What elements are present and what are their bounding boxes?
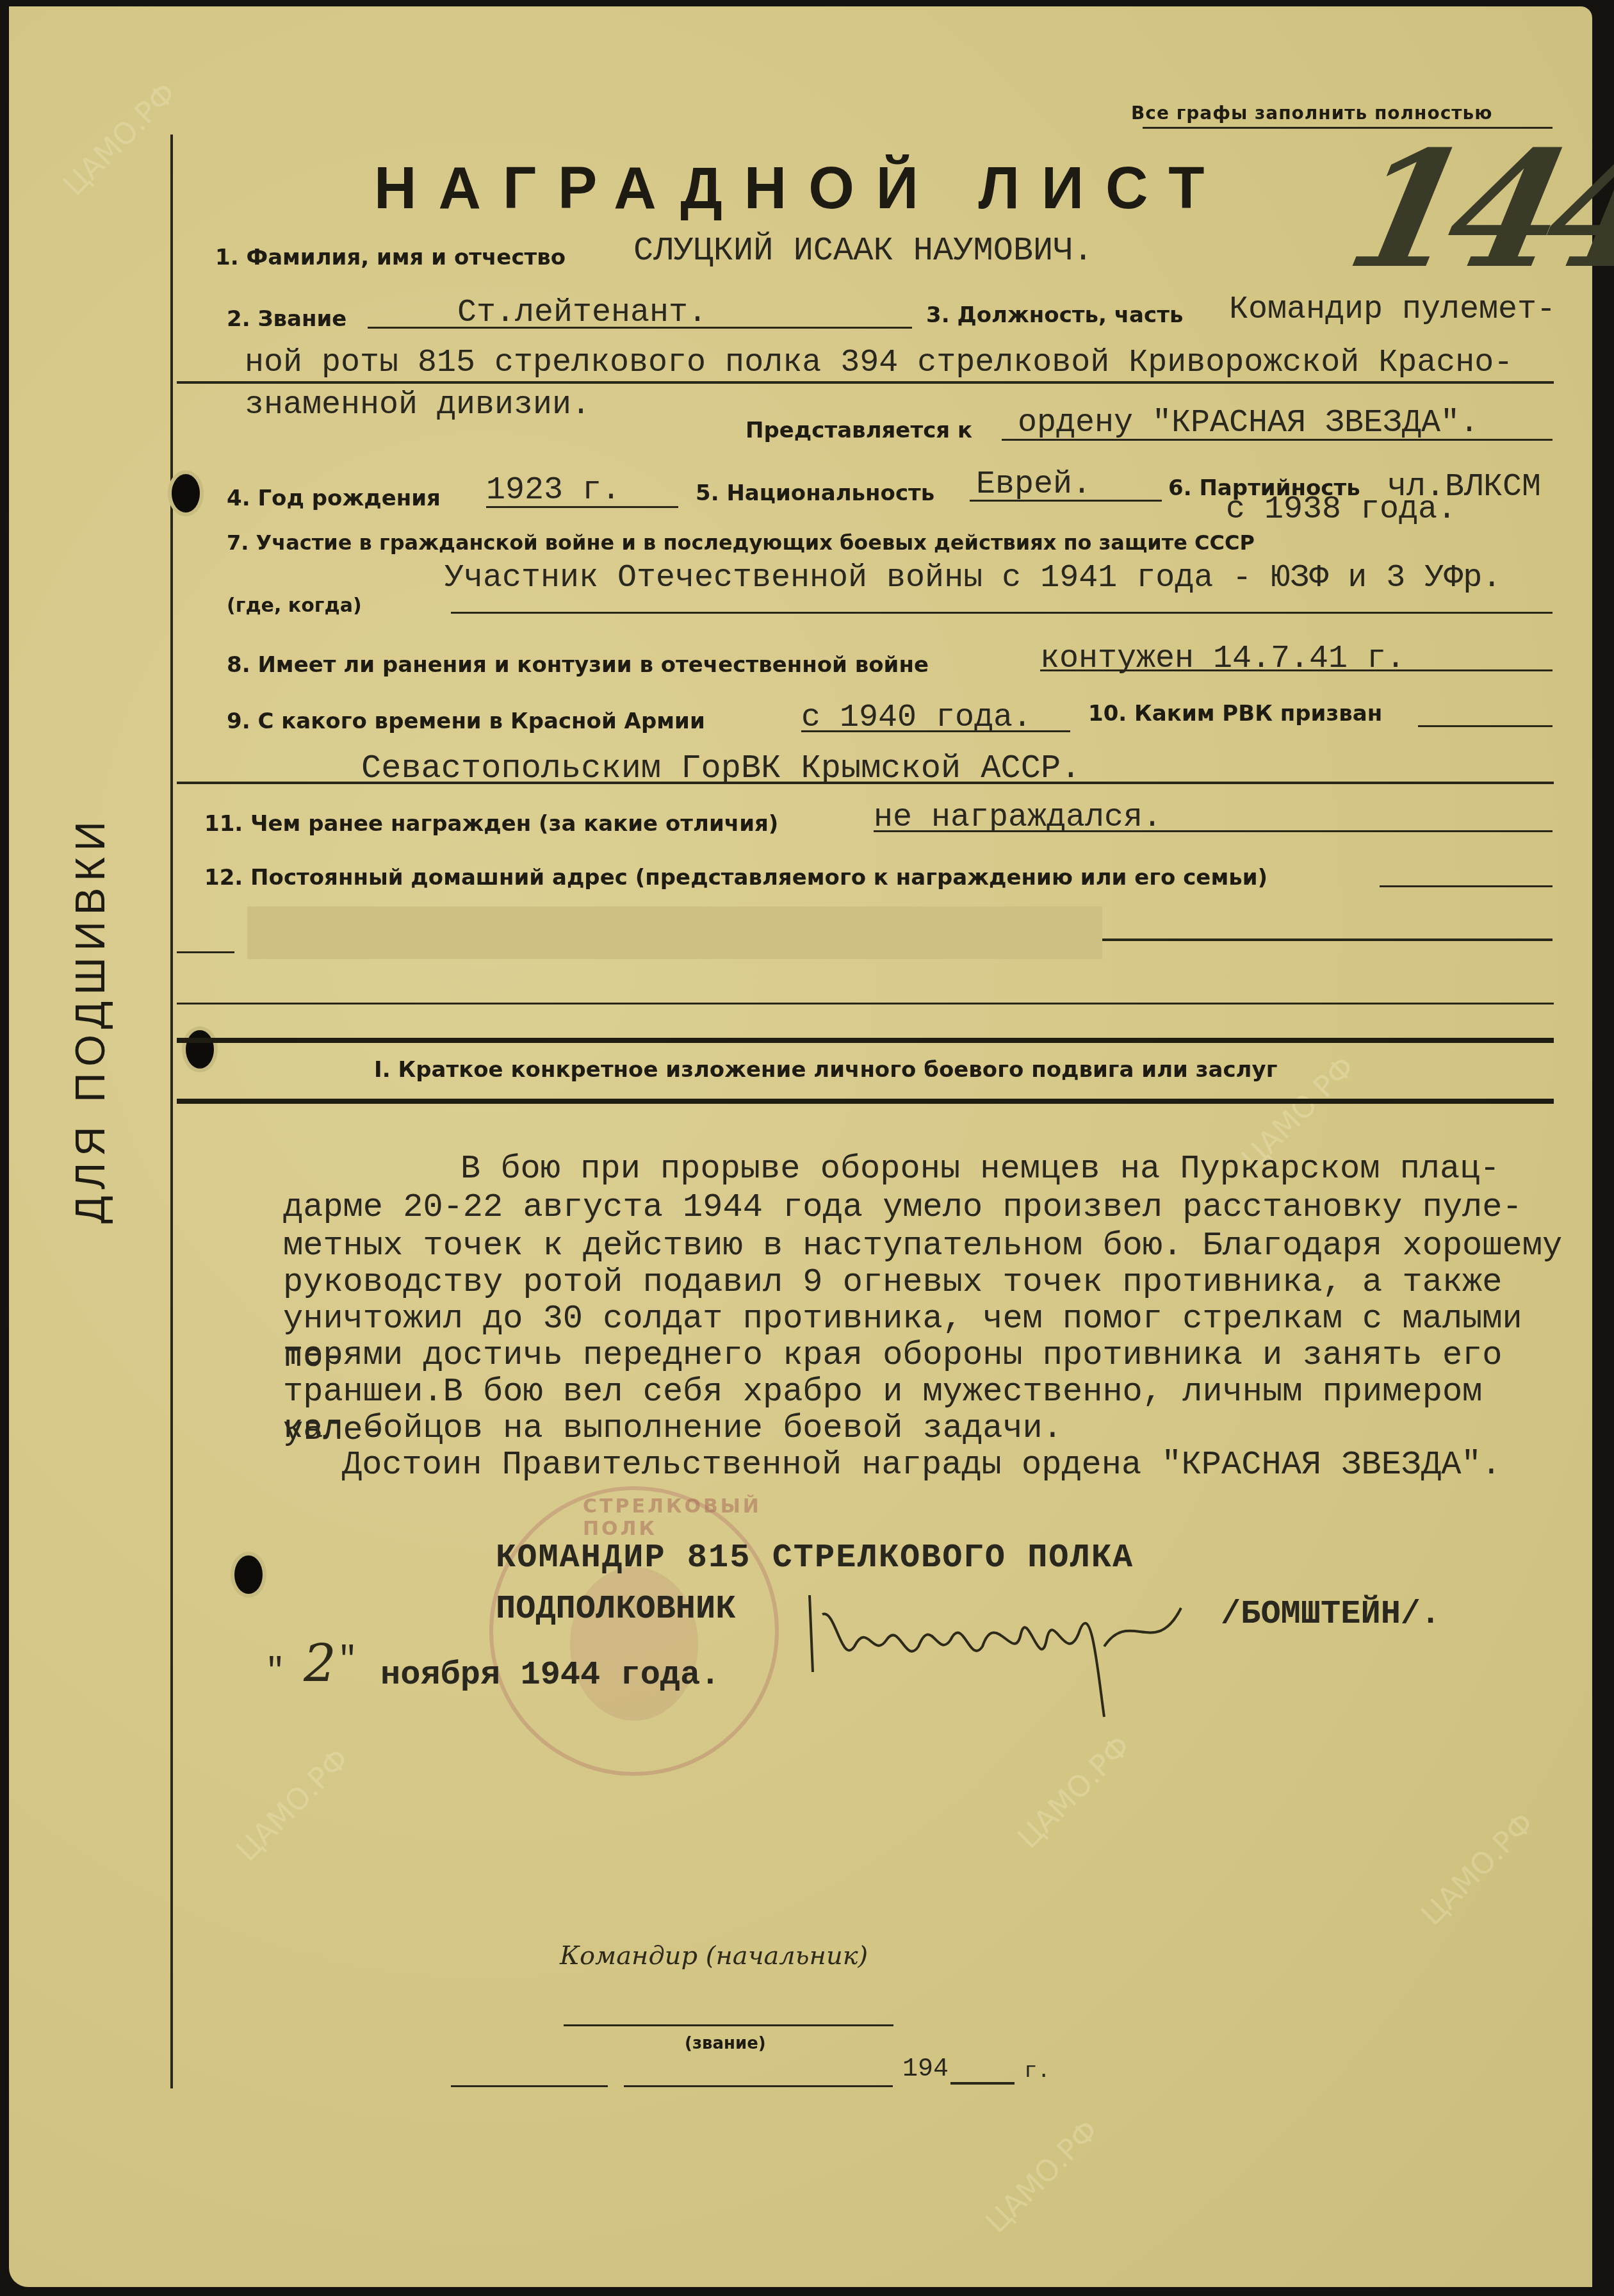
year-suffix: г.: [1024, 2060, 1050, 2084]
address-line: [1102, 939, 1553, 941]
signature-rank: ПОДПОЛКОВНИК: [496, 1590, 735, 1628]
field-10-label: 10. Каким РВК призван: [1088, 701, 1382, 726]
punch-hole: [186, 1030, 214, 1069]
field-5-value: Еврей.: [976, 466, 1091, 503]
presented-value: ордену "КРАСНАЯ ЗВЕЗДА".: [1018, 405, 1479, 441]
margin-label: ДЛЯ ПОДШИВКИ: [67, 815, 114, 1224]
field-7-value: Участник Отечественной войны с 1941 года…: [444, 560, 1501, 596]
address-line-2: [177, 1003, 1554, 1004]
field-7-label: 7. Участие в гражданской войне и в после…: [227, 530, 1255, 555]
watermark: ЦАМО.РФ: [56, 76, 183, 202]
narrative-line: руководству ротой подавил 9 огневых точе…: [283, 1263, 1503, 1302]
field-9-label: 9. С какого времени в Красной Армии: [227, 709, 705, 734]
date-day-line: [451, 2085, 608, 2087]
field-8-value: контужен 14.7.41 г.: [1040, 641, 1405, 677]
field-10-line: [177, 782, 1554, 784]
binding-margin-line: [170, 135, 173, 2088]
section-rule-top: [177, 1038, 1554, 1043]
field-4-underline: [486, 506, 678, 508]
punch-hole: [234, 1555, 263, 1594]
narrative-line: кал бойцов на выполнение боевой задачи.: [283, 1409, 1063, 1448]
narrative-line: дарме 20-22 августа 1944 года умело прои…: [283, 1188, 1522, 1227]
rank-label: (звание): [685, 2034, 766, 2053]
watermark: ЦАМО.РФ: [979, 2113, 1105, 2239]
field-2-underline: [368, 327, 912, 329]
field-9-underline: [801, 730, 1070, 732]
date-quote-close: ": [338, 1641, 357, 1679]
narrative-line: В бою при прорыве обороны немцев на Пурк…: [461, 1150, 1500, 1188]
redacted-address: [247, 906, 1102, 959]
field-1-label: 1. Фамилия, имя и отчество: [215, 245, 566, 270]
field-7-underline: [451, 612, 1553, 614]
watermark: ЦАМО.РФ: [1414, 1805, 1540, 1931]
narrative-line: терями достичь переднего края обороны пр…: [283, 1336, 1503, 1375]
punch-hole: [172, 474, 200, 512]
date-day: 2: [304, 1634, 336, 1693]
year-line: [950, 2082, 1015, 2085]
field-8-label: 8. Имеет ли ранения и контузии в отечест…: [227, 652, 929, 678]
date-rest: ноября 1944 года.: [380, 1656, 721, 1694]
signature-name: /БОМШТЕЙН/.: [1221, 1595, 1440, 1633]
field-12-underline: [1380, 885, 1553, 887]
regiment-stamp: СТРЕЛКОВЫЙ ПОЛК: [489, 1486, 779, 1776]
field-3-value-line2: ной роты 815 стрелкового полка 394 стрел…: [245, 345, 1513, 381]
section-rule-bottom: [177, 1099, 1554, 1104]
narrative-line: метных точек к действию в наступательном…: [283, 1227, 1562, 1265]
field-2-label: 2. Звание: [227, 306, 346, 332]
field-2-value: Ст.лейтенант.: [457, 295, 707, 331]
date-quote-open: ": [265, 1653, 285, 1691]
field-3-label: 3. Должность, часть: [926, 302, 1183, 328]
field-11-underline: [874, 830, 1553, 832]
field-6-value-line2: с 1938 года.: [1226, 491, 1456, 528]
handwritten-signature: [797, 1570, 1219, 1723]
presented-label: Представляется к: [746, 418, 972, 443]
field-7-sublabel: (где, когда): [227, 594, 362, 617]
award-sheet-paper: ЦАМО.РФ ЦАМО.РФ ЦАМО.РФ ЦАМО.РФ ЦАМО.РФ …: [9, 6, 1592, 2287]
presented-underline: [1002, 439, 1553, 441]
year-prefix: 194: [902, 2055, 949, 2084]
watermark: ЦАМО.РФ: [1011, 1728, 1137, 1855]
field-1-value: СЛУЦКИЙ ИСААК НАУМОВИЧ.: [633, 232, 1093, 270]
rank-line: [564, 2024, 893, 2026]
field-3-value-line3: знаменной дивизии.: [245, 387, 591, 423]
field-5-label: 5. Национальность: [696, 480, 934, 506]
field-11-label: 11. Чем ранее награжден (за какие отличи…: [204, 811, 778, 837]
narrative-line: Достоин Правительственной награды ордена…: [342, 1446, 1501, 1484]
date-month-line: [624, 2085, 893, 2087]
stamp-text: СТРЕЛКОВЫЙ ПОЛК: [583, 1495, 775, 1540]
section-heading: I. Краткое конкретное изложение личного …: [374, 1057, 1277, 1083]
watermark: ЦАМО.РФ: [229, 1741, 355, 1867]
field-8-underline: [1040, 669, 1553, 671]
handwritten-number: 144: [1334, 115, 1614, 304]
commander-label: Командир (начальник): [560, 1941, 868, 1971]
field-10-underline: [1418, 725, 1553, 727]
field-3-value-line1: Командир пулемет-: [1229, 291, 1556, 328]
page-title: НАГРАДНОЙ ЛИСТ: [374, 155, 1226, 222]
field-3-underline: [177, 381, 1554, 384]
field-5-underline: [970, 500, 1162, 502]
field-4-label: 4. Год рождения: [227, 486, 441, 511]
address-line-stub: [177, 951, 234, 953]
field-12-label: 12. Постоянный домашний адрес (представл…: [204, 865, 1268, 890]
field-4-value: 1923 г.: [486, 472, 621, 509]
